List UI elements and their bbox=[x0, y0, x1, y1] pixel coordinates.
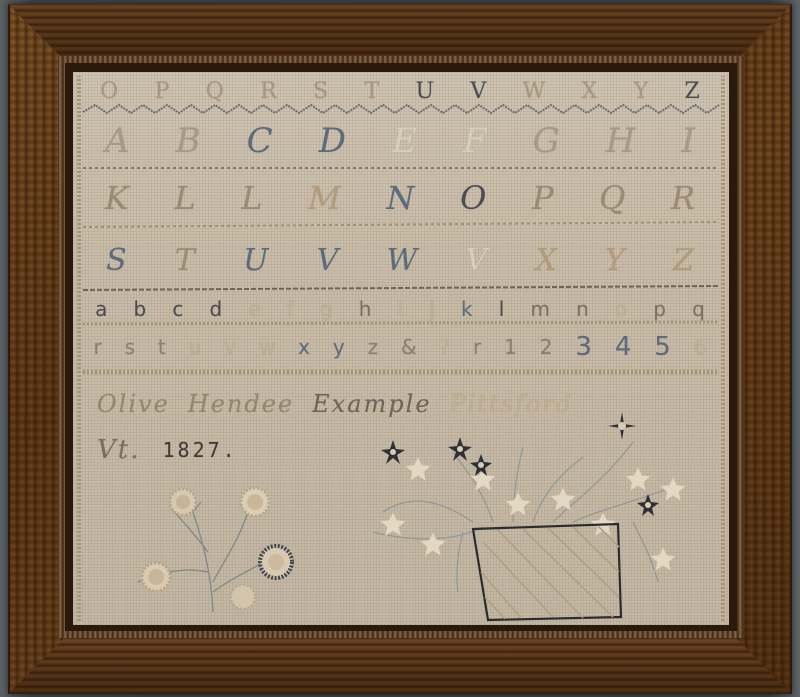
inscription-state: Vt. bbox=[97, 435, 141, 465]
digit: 1 bbox=[504, 335, 519, 359]
lowercase-numbers-row: r s t u v w x y z & ? r 1 2 3 4 5 6 bbox=[83, 330, 719, 364]
letter: K bbox=[105, 179, 131, 217]
letter: i bbox=[398, 297, 406, 321]
letter: d bbox=[209, 297, 224, 321]
zigzag-divider bbox=[83, 105, 719, 113]
letter: l bbox=[499, 297, 507, 321]
letter: p bbox=[653, 297, 668, 321]
letter: L bbox=[174, 179, 197, 217]
inscription-surname: Hendee bbox=[188, 390, 294, 418]
letter: a bbox=[95, 297, 109, 321]
script-uppercase-row-1: A B C D E F G H I bbox=[83, 116, 719, 166]
letter: ? bbox=[440, 335, 453, 359]
letter: B bbox=[176, 121, 203, 161]
letter: S bbox=[106, 243, 129, 278]
frame-bottom-rail bbox=[8, 634, 792, 694]
flower-basket bbox=[473, 524, 621, 620]
letter: A bbox=[105, 121, 132, 161]
letter: G bbox=[533, 121, 562, 161]
letter: V bbox=[466, 243, 490, 278]
letter: f bbox=[287, 297, 296, 321]
letter: j bbox=[429, 297, 437, 321]
letter: s bbox=[125, 335, 137, 359]
letter: Y bbox=[605, 243, 627, 278]
letter: H bbox=[606, 121, 638, 161]
letter: r bbox=[93, 335, 103, 359]
script-uppercase-row-3: S T U V W V X Y Z bbox=[83, 232, 719, 288]
letter: o bbox=[615, 297, 629, 321]
inscription-town: Pittsford bbox=[450, 390, 574, 418]
letter: & bbox=[401, 335, 419, 359]
letter: h bbox=[359, 297, 374, 321]
letter: O bbox=[460, 179, 488, 217]
digit: 5 bbox=[654, 332, 673, 362]
letter: z bbox=[368, 335, 381, 359]
letter: c bbox=[172, 297, 185, 321]
letter: D bbox=[319, 121, 348, 161]
letter: V bbox=[317, 243, 341, 278]
letter: b bbox=[133, 297, 148, 321]
letter: F bbox=[463, 121, 489, 161]
inscription-word: Example bbox=[312, 390, 431, 418]
letter: L bbox=[241, 179, 264, 217]
letter: v bbox=[224, 335, 238, 359]
letter: Z bbox=[673, 243, 696, 278]
digit: 2 bbox=[540, 335, 555, 359]
letter: u bbox=[189, 335, 204, 359]
lowercase-row-1: a b c d e f g h i j k l m n o p q bbox=[83, 294, 719, 324]
letter: w bbox=[259, 335, 277, 359]
left-flowers bbox=[142, 488, 292, 609]
frame-top-rail bbox=[8, 4, 792, 60]
letter: m bbox=[530, 297, 551, 321]
letter: n bbox=[576, 297, 591, 321]
letter: C bbox=[247, 121, 275, 161]
inscription-date-line: Vt. 1827. bbox=[97, 430, 719, 470]
letter: e bbox=[248, 297, 262, 321]
letter: I bbox=[681, 121, 696, 161]
digit: 3 bbox=[575, 332, 594, 362]
letter: U bbox=[243, 243, 270, 278]
letter: k bbox=[461, 297, 475, 321]
digit: 4 bbox=[615, 332, 634, 362]
letter: Q bbox=[599, 179, 627, 217]
letter: E bbox=[392, 121, 419, 161]
letter: N bbox=[386, 179, 416, 217]
inscription-year: 1827. bbox=[163, 438, 238, 462]
letter: y bbox=[333, 335, 347, 359]
letter: R bbox=[671, 179, 697, 217]
letter: P bbox=[532, 179, 556, 217]
digit: 6 bbox=[694, 335, 709, 359]
letter: X bbox=[535, 243, 558, 278]
letter: M bbox=[308, 179, 343, 217]
inscription-name: Olive bbox=[97, 390, 170, 418]
letter: W bbox=[386, 243, 419, 278]
cream-star-flowers bbox=[380, 457, 686, 571]
letter: g bbox=[320, 297, 335, 321]
inscription-line: Olive Hendee Example Pittsford bbox=[97, 384, 719, 424]
letter: t bbox=[158, 335, 168, 359]
letter: x bbox=[298, 335, 312, 359]
sampler-linen: O P Q R S T U V W X Y Z bbox=[73, 72, 729, 625]
letter: T bbox=[175, 243, 197, 278]
script-uppercase-row-2: K L L M N O P Q R bbox=[83, 170, 719, 226]
letter: q bbox=[692, 297, 707, 321]
letter: r bbox=[473, 335, 483, 359]
